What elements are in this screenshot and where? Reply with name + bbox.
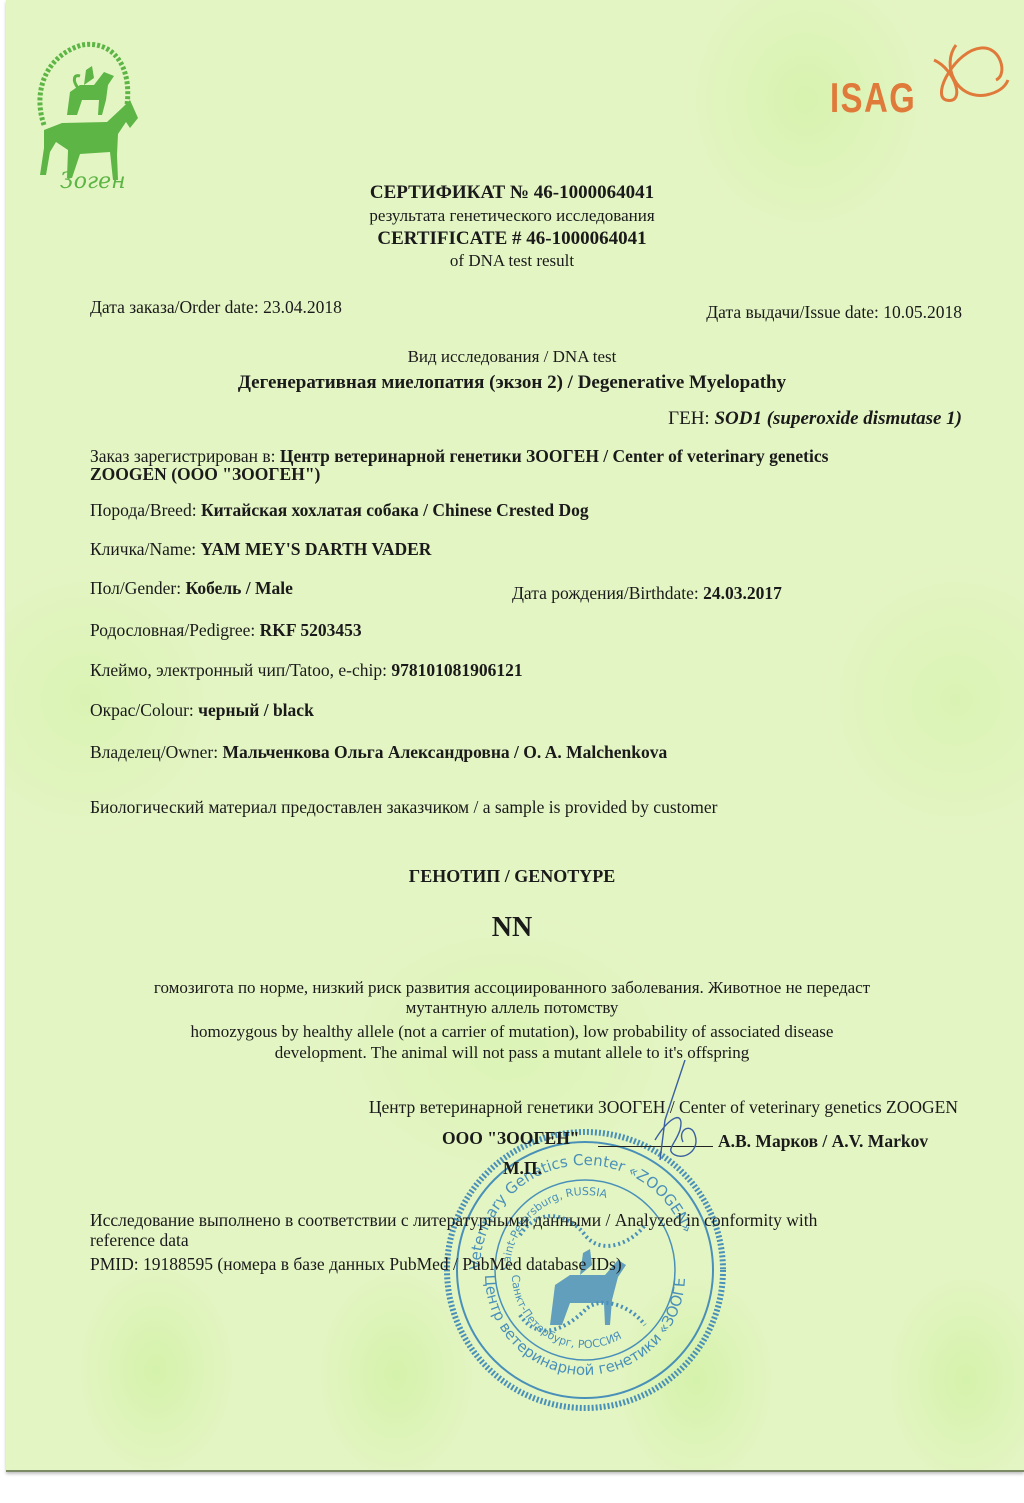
seal-mark: М.П. <box>503 1158 542 1179</box>
signature-scribble-icon <box>625 1060 720 1170</box>
issue-date: Дата выдачи/Issue date: 10.05.2018 <box>706 302 962 323</box>
dna-test-label: Вид исследования / DNA test <box>0 347 1024 367</box>
certificate-subtitle-en: of DNA test result <box>0 251 1024 271</box>
dog-name: Кличка/Name: YAM MEY'S DARTH VADER <box>90 539 431 560</box>
gene-value: SOD1 (superoxide dismutase 1) <box>714 408 962 429</box>
genotype-heading: ГЕНОТИП / GENOTYPE <box>0 866 1024 887</box>
zoogen-logo: Зоген <box>22 30 142 190</box>
registered-value-line1: Центр ветеринарной генетики ЗООГЕН / Cen… <box>280 446 829 466</box>
certificate-subtitle-ru: результата генетического исследования <box>0 206 1024 226</box>
certificate-title-ru: СЕРТИФИКАТ № 46-1000064041 <box>0 182 1024 204</box>
pmid: PMID: 19188595 (номера в базе данных Pub… <box>90 1254 622 1275</box>
isag-logo: ISAG <box>826 30 1016 120</box>
breed: Порода/Breed: Китайская хохлатая собака … <box>90 500 589 521</box>
pedigree-value: RKF 5203453 <box>260 620 362 640</box>
owner-label: Владелец/Owner: <box>90 742 218 762</box>
chip: Клеймо, электронный чип/Tatoo, e-chip: 9… <box>90 660 523 681</box>
zoogen-horse-logo-icon: Зоген <box>22 30 142 190</box>
order-date-label: Дата заказа/Order date: <box>90 297 259 317</box>
order-date-value: 23.04.2018 <box>263 297 342 317</box>
owner-value: Мальченкова Ольга Александровна / O. A. … <box>222 742 667 762</box>
issue-date-label: Дата выдачи/Issue date: <box>706 302 879 322</box>
colour: Окрас/Colour: черный / black <box>90 700 314 721</box>
conformity-line1: Исследование выполнено в соответствии с … <box>90 1210 817 1231</box>
birthdate-value: 24.03.2017 <box>703 583 782 603</box>
birthdate: Дата рождения/Birthdate: 24.03.2017 <box>512 583 782 604</box>
chip-value: 978101081906121 <box>391 660 522 680</box>
genotype-desc-ru-1: гомозигота по норме, низкий риск развити… <box>0 978 1024 998</box>
order-date: Дата заказа/Order date: 23.04.2018 <box>90 297 342 318</box>
isag-wordmark: ISAG <box>830 74 916 122</box>
signature-company: ООО "ЗООГЕН" <box>442 1128 580 1149</box>
gene-label: ГЕН: <box>668 408 710 429</box>
gender: Пол/Gender: Кобель / Male <box>90 578 293 599</box>
issue-date-value: 10.05.2018 <box>883 302 962 322</box>
breed-value: Китайская хохлатая собака / Chinese Cres… <box>201 500 589 520</box>
genotype-result: NN <box>0 912 1024 944</box>
owner: Владелец/Owner: Мальченкова Ольга Алекса… <box>90 742 667 763</box>
pedigree: Родословная/Pedigree: RKF 5203453 <box>90 620 362 641</box>
pedigree-label: Родословная/Pedigree: <box>90 620 255 640</box>
certificate-title-en: CERTIFICATE # 46-1000064041 <box>0 228 1024 250</box>
handwritten-signature <box>625 1060 720 1170</box>
gene: ГЕН: SOD1 (superoxide dismutase 1) <box>668 408 962 430</box>
conformity-line2: reference data <box>90 1230 189 1251</box>
name-value: YAM MEY'S DARTH VADER <box>200 539 431 559</box>
sample-note: Биологический материал предоставлен зака… <box>90 797 717 818</box>
birthdate-label: Дата рождения/Birthdate: <box>512 583 699 603</box>
colour-label: Окрас/Colour: <box>90 700 194 720</box>
breed-label: Порода/Breed: <box>90 500 197 520</box>
chip-label: Клеймо, электронный чип/Tatoo, e-chip: <box>90 660 387 680</box>
genotype-desc-en-1: homozygous by healthy allele (not a carr… <box>0 1022 1024 1042</box>
signature-signer: А.В. Марков / A.V. Markov <box>718 1131 928 1152</box>
gender-label: Пол/Gender: <box>90 578 181 598</box>
genotype-desc-en-2: development. The animal will not pass a … <box>0 1043 1024 1063</box>
registered-label: Заказ зарегистрирован в: <box>90 446 275 466</box>
registered-value-line2: ZOOGEN (ООО "ЗООГЕН") <box>90 464 320 485</box>
gender-value: Кобель / Male <box>186 578 293 598</box>
genotype-desc-ru-2: мутантную аллель потомству <box>0 998 1024 1018</box>
name-label: Кличка/Name: <box>90 539 196 559</box>
dna-test-name: Дегенеративная миелопатия (экзон 2) / De… <box>0 372 1024 394</box>
isag-dna-logo-icon <box>926 30 1016 120</box>
colour-value: черный / black <box>198 700 314 720</box>
